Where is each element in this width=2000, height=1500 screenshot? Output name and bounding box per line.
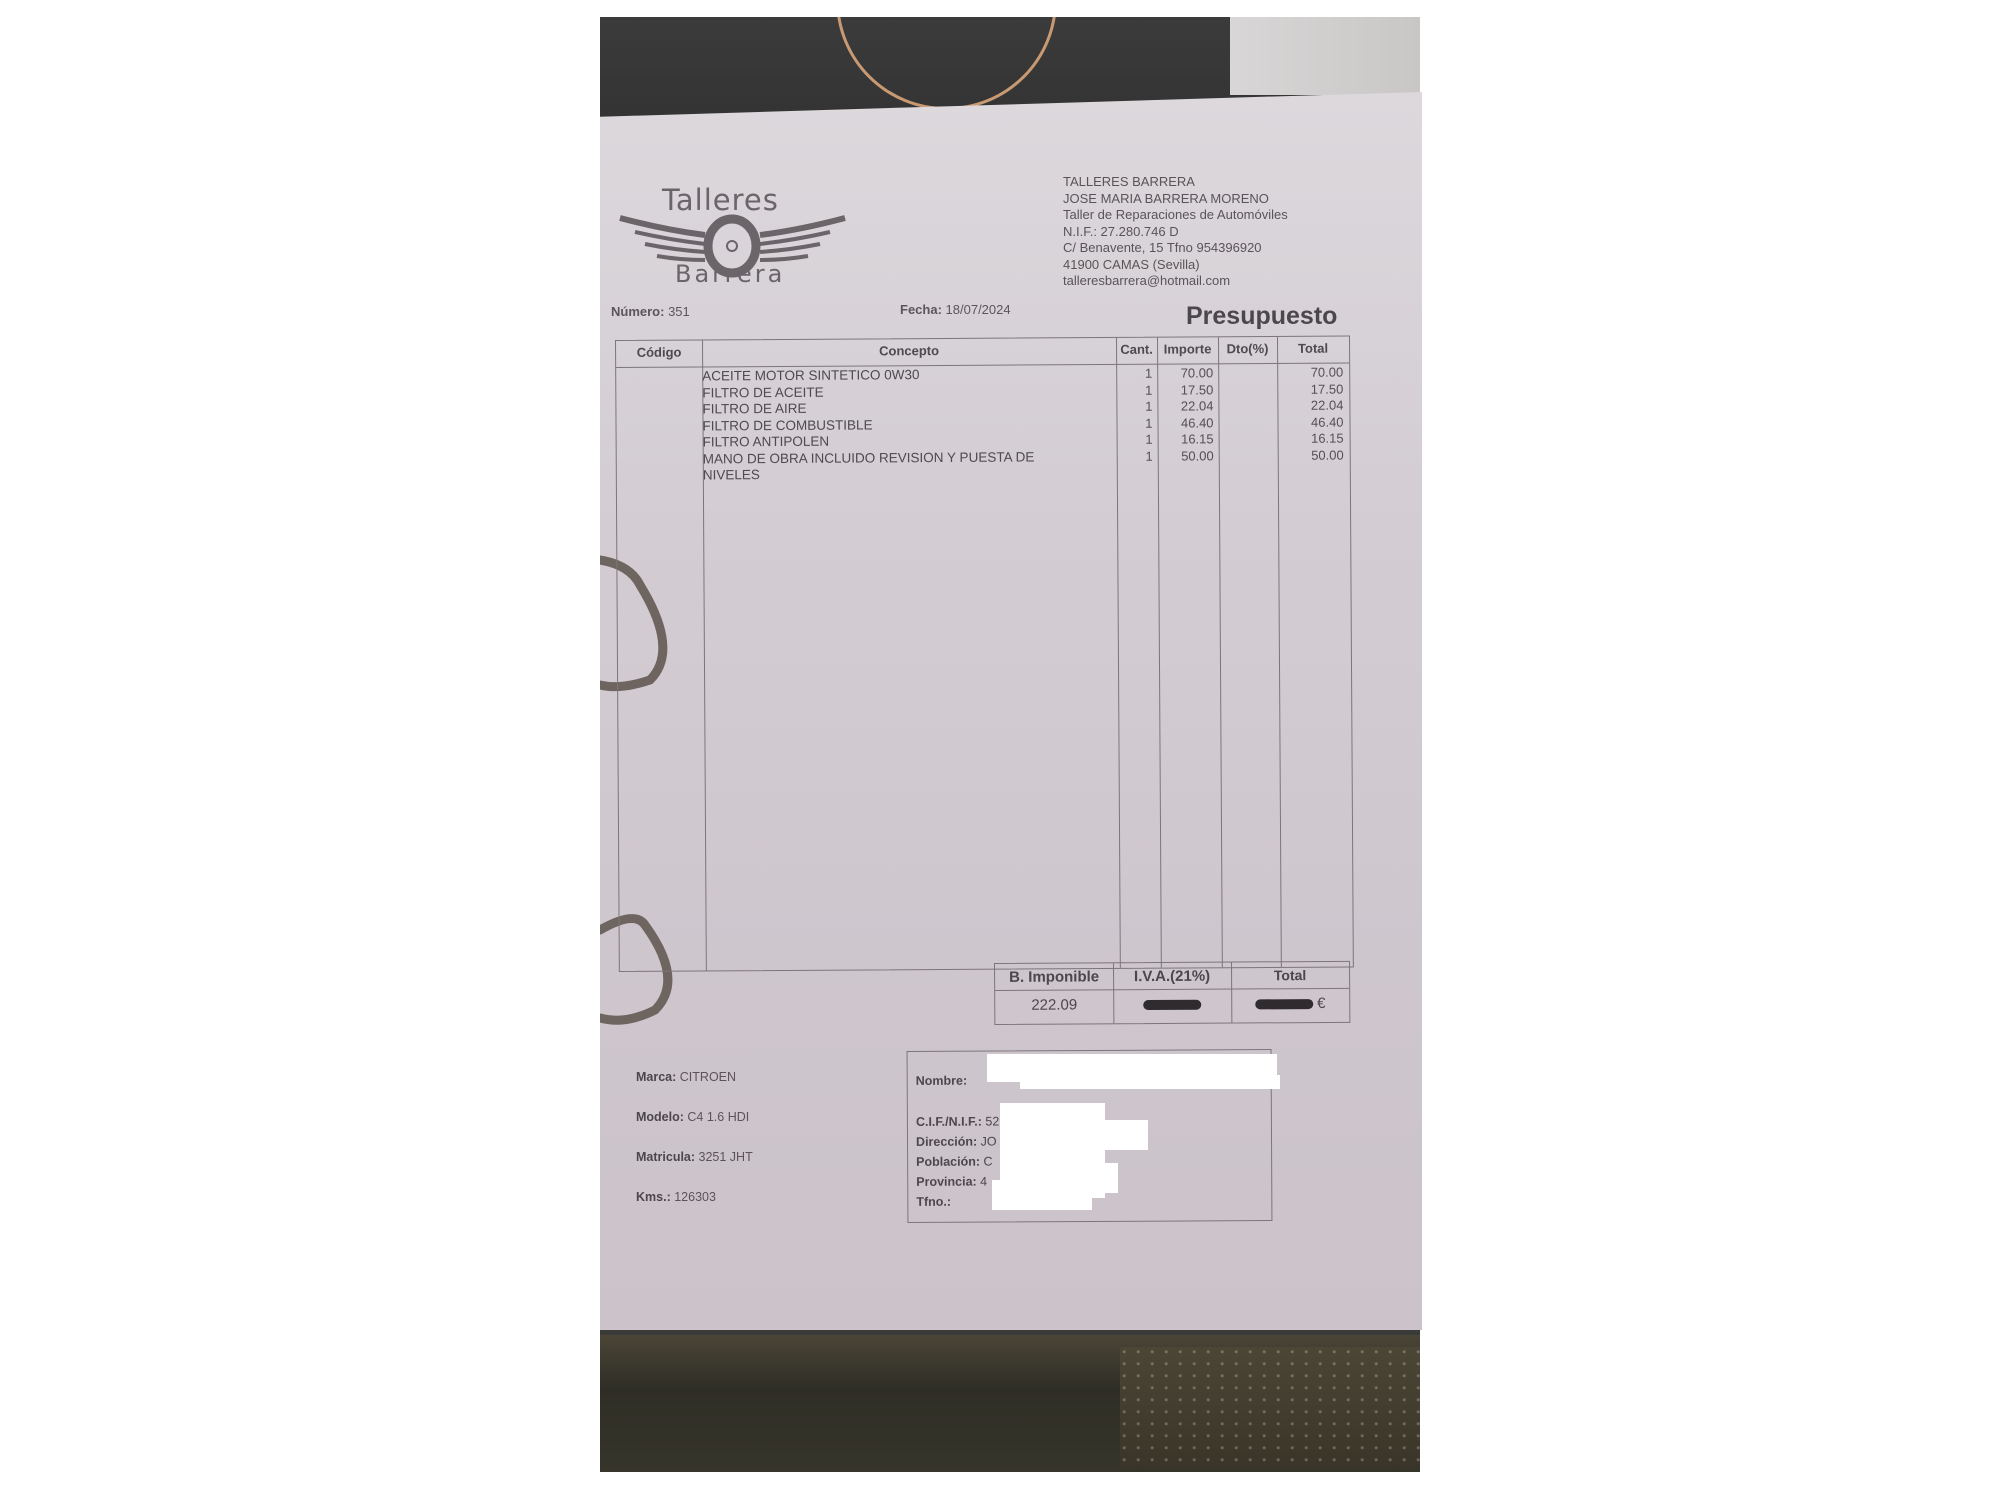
totals-table: B. Imponible I.V.A.(21%) Total 222.09 € xyxy=(994,961,1350,1025)
header-cant: Cant. xyxy=(1116,342,1157,357)
header-concepto: Concepto xyxy=(702,342,1116,360)
row-concepto: FILTRO ANTIPOLEN xyxy=(703,434,830,450)
row-importe: 46.40 xyxy=(1157,415,1213,430)
vehicle-modelo: Modelo: C4 1.6 HDI xyxy=(636,1110,749,1124)
header-total: Total xyxy=(1277,341,1349,356)
redaction-tape xyxy=(1000,1120,1148,1150)
modelo-value: C4 1.6 HDI xyxy=(687,1110,749,1124)
poblacion-partial: C xyxy=(983,1155,992,1169)
company-owner: JOSE MARIA BARRERA MORENO xyxy=(1063,191,1288,208)
budget-number: Número: 351 xyxy=(611,304,690,319)
row-total: 46.40 xyxy=(1277,414,1343,429)
marca-value: CITROEN xyxy=(680,1070,736,1084)
iva-label: I.V.A.(21%) xyxy=(1113,968,1231,986)
logo-text-talleres: Talleres xyxy=(662,183,779,217)
row-importe: 50.00 xyxy=(1158,448,1214,463)
company-email: talleresbarrera@hotmail.com xyxy=(1063,273,1288,290)
matricula-label: Matricula: xyxy=(636,1150,695,1164)
row-importe: 70.00 xyxy=(1157,365,1213,380)
row-cant: 1 xyxy=(1116,366,1152,381)
cif-field: C.I.F./N.I.F.: 52 xyxy=(916,1114,999,1128)
header-divider xyxy=(616,363,1349,368)
poblacion-label: Población: xyxy=(916,1155,980,1169)
total-label: Total xyxy=(1231,967,1349,984)
header-codigo: Código xyxy=(616,344,702,360)
row-concepto: FILTRO DE ACEITE xyxy=(702,384,823,400)
base-imponible-value: 222.09 xyxy=(995,996,1113,1014)
poblacion-field: Población: C xyxy=(916,1155,992,1169)
direccion-partial: JO xyxy=(981,1134,997,1148)
cif-label: C.I.F./N.I.F.: xyxy=(916,1115,982,1129)
row-cant: 1 xyxy=(1116,399,1152,414)
logo-text-barrera: Barrera xyxy=(675,260,785,288)
direccion-label: Dirección: xyxy=(916,1135,977,1149)
vehicle-marca: Marca: CITROEN xyxy=(636,1070,736,1084)
vehicle-matricula: Matricula: 3251 JHT xyxy=(636,1150,753,1164)
redaction-tape xyxy=(992,1180,1092,1210)
row-cant: 1 xyxy=(1117,432,1153,447)
row-total: 17.50 xyxy=(1277,381,1343,396)
header-dto: Dto(%) xyxy=(1218,341,1277,356)
row-concepto: ACEITE MOTOR SINTETICO 0W30 xyxy=(702,367,919,383)
reflection-specks xyxy=(1120,1347,1420,1467)
matricula-value: 3251 JHT xyxy=(699,1150,753,1164)
currency-symbol: € xyxy=(1317,995,1325,1012)
company-activity: Taller de Reparaciones de Automóviles xyxy=(1063,207,1288,224)
vehicle-kms: Kms.: 126303 xyxy=(636,1190,716,1204)
total-value-redacted: € xyxy=(1231,995,1349,1013)
marca-label: Marca: xyxy=(636,1070,676,1084)
fecha-value: 18/07/2024 xyxy=(946,302,1011,317)
company-info: TALLERES BARRERA JOSE MARIA BARRERA MORE… xyxy=(1063,174,1288,290)
provincia-field: Provincia: 4 xyxy=(916,1175,987,1189)
base-imponible-label: B. Imponible xyxy=(995,968,1113,986)
row-cant: 1 xyxy=(1116,382,1152,397)
nombre-label: Nombre: xyxy=(916,1074,967,1088)
row-concepto: FILTRO DE COMBUSTIBLE xyxy=(702,417,872,433)
fecha-label: Fecha: xyxy=(900,302,942,317)
tfno-label: Tfno.: xyxy=(916,1195,951,1209)
row-cant: 1 xyxy=(1117,448,1153,463)
row-total: 70.00 xyxy=(1277,365,1343,380)
row-cant: 1 xyxy=(1116,415,1152,430)
row-importe: 16.15 xyxy=(1158,431,1214,446)
row-concepto: NIVELES xyxy=(703,467,760,482)
row-total: 50.00 xyxy=(1278,447,1344,462)
kms-label: Kms.: xyxy=(636,1190,671,1204)
items-table: Código Concepto Cant. Importe Dto(%) Tot… xyxy=(615,336,1354,972)
company-name: TALLERES BARRERA xyxy=(1063,174,1288,191)
cif-partial: 52 xyxy=(985,1114,999,1128)
column-divider xyxy=(1218,337,1223,967)
row-concepto: FILTRO DE AIRE xyxy=(702,401,806,417)
row-total: 22.04 xyxy=(1277,398,1343,413)
row-importe: 22.04 xyxy=(1157,398,1213,413)
numero-label: Número: xyxy=(611,304,664,319)
header-importe: Importe xyxy=(1157,341,1218,356)
iva-value-redacted xyxy=(1113,996,1231,1014)
budget-date: Fecha: 18/07/2024 xyxy=(900,302,1011,317)
paper-clip-corner xyxy=(1230,17,1420,95)
row-concepto: MANO DE OBRA INCLUIDO REVISION Y PUESTA … xyxy=(703,449,1035,466)
modelo-label: Modelo: xyxy=(636,1110,684,1124)
direccion-field: Dirección: JO xyxy=(916,1134,997,1148)
numero-value: 351 xyxy=(668,304,690,319)
kms-value: 126303 xyxy=(674,1190,716,1204)
company-city: 41900 CAMAS (Sevilla) xyxy=(1063,257,1288,274)
provincia-label: Provincia: xyxy=(916,1175,977,1189)
company-nif: N.I.F.: 27.280.746 D xyxy=(1063,224,1288,241)
redaction-tape xyxy=(1020,1075,1280,1089)
totals-divider xyxy=(995,988,1349,991)
provincia-partial: 4 xyxy=(980,1175,987,1189)
row-total: 16.15 xyxy=(1278,431,1344,446)
row-importe: 17.50 xyxy=(1157,382,1213,397)
document-title: Presupuesto xyxy=(1186,302,1337,331)
company-address: C/ Benavente, 15 Tfno 954396920 xyxy=(1063,240,1288,257)
